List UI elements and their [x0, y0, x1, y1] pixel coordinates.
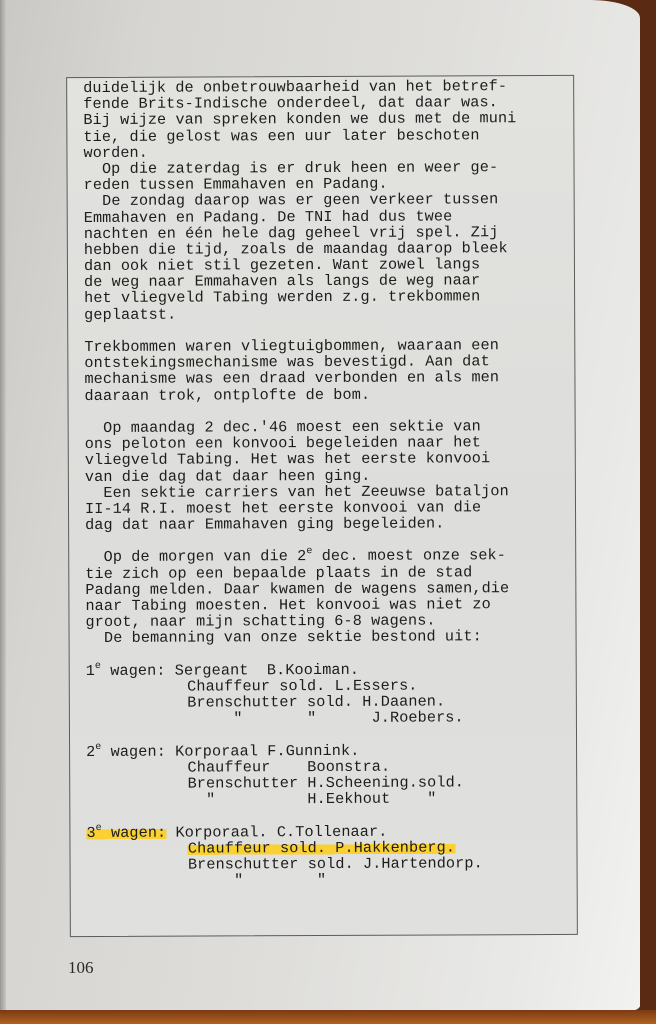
typewritten-text-box: duidelijk de onbetrouwbaarheid van het b… — [66, 75, 578, 937]
crew-member: " H.Eekhout " — [188, 790, 437, 809]
superscript: e — [95, 661, 101, 672]
text-line: De zondag daarop was er geen verkeer tus… — [84, 191, 564, 209]
wagon-crew-row: " " — [87, 871, 567, 889]
text-line: Op de morgen van die 2e dec. moest onze … — [85, 547, 565, 565]
superscript: e — [95, 742, 101, 753]
crew-member: " " J.Roebers. — [187, 709, 463, 728]
crew-member: " " — [188, 871, 326, 890]
book-page: duidelijk de onbetrouwbaarheid van het b… — [0, 0, 640, 1018]
text-line: Bij wijze van spreken konden we dus met … — [83, 110, 563, 128]
superscript: e — [96, 823, 102, 834]
page-number: 106 — [68, 958, 94, 978]
text-line: mechanisme was een draad verbonden en al… — [84, 369, 564, 387]
typewritten-text: duidelijk de onbetrouwbaarheid van het b… — [83, 78, 567, 889]
table-surface — [0, 1010, 656, 1024]
superscript: e — [306, 546, 312, 557]
